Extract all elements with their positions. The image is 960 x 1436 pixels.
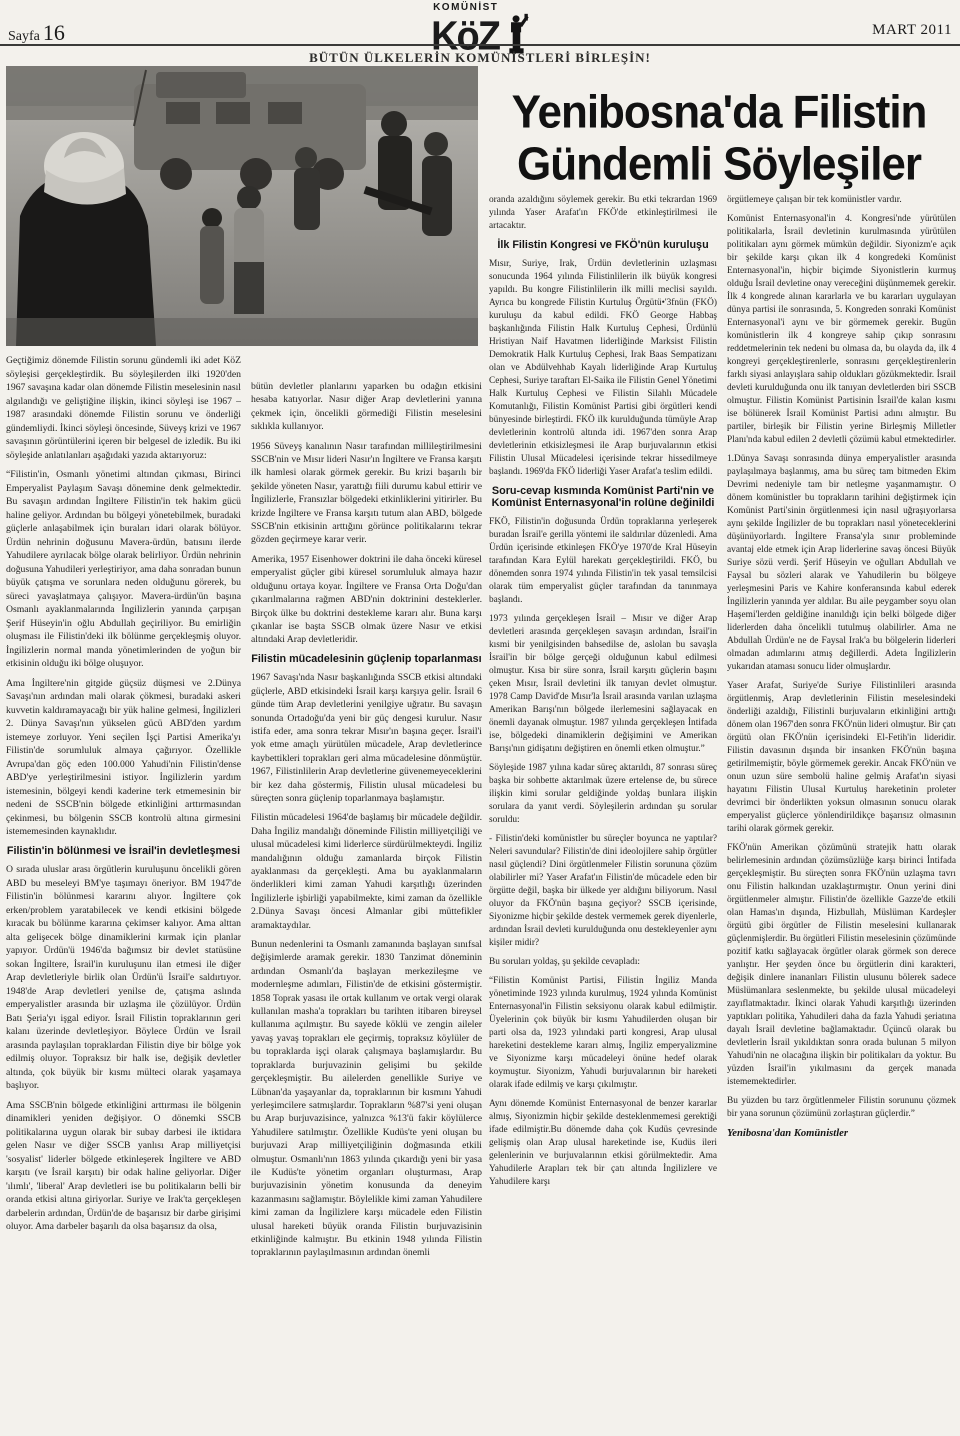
headline-line-1: Yenibosna'da Filistin xyxy=(512,86,927,138)
slogan-banner: BÜTÜN ÜLKELERİN KOMÜNİSTLERİ BİRLEŞİN! xyxy=(0,50,960,66)
article-paragraph: Söyleşide 1987 yılına kadar süreç aktarı… xyxy=(489,762,717,827)
section-subhead: Filistin'in bölünmesi ve İsrail'in devle… xyxy=(6,845,241,858)
section-subhead: İlk Filistin Kongresi ve FKÖ'nün kuruluş… xyxy=(489,239,717,252)
article-paragraph: FKÖ, Filistin'in doğusunda Ürdün toprakl… xyxy=(489,516,717,607)
article-headline: Yenibosna'da Filistin Gündemli Söyleşile… xyxy=(482,86,956,190)
article-paragraph: Filistin mücadelesi 1964'de başlamış bir… xyxy=(251,811,482,932)
headline-line-2: Gündemli Söyleşiler xyxy=(517,138,921,190)
article-paragraph: Aynı dönemde Komünist Enternasyonal de b… xyxy=(489,1098,717,1189)
article-paragraph: “Filistin Komünist Partisi, Filistin İng… xyxy=(489,975,717,1092)
news-photo xyxy=(6,66,478,346)
article-paragraph: 1956 Süveyş kanalının Nasır tarafından m… xyxy=(251,440,482,547)
armored-vehicle xyxy=(134,70,366,190)
article-signature: Yenibosna'dan Komünistler xyxy=(727,1127,956,1140)
article-paragraph: Ama İngiltere'nin gitgide güçsüz düşmesi… xyxy=(6,677,241,839)
article-paragraph: FKÖ'nün Amerikan çözümünü stratejik hatt… xyxy=(727,842,956,1089)
article-paragraph: Bu yüzden bu tarz örgütlenmeler Filistin… xyxy=(727,1095,956,1121)
article-column-4: örgütlemeye çalışan bir tek komünistler … xyxy=(727,194,956,1434)
article-column-2: bütün devletler planlarını yaparken bu o… xyxy=(251,380,482,1432)
article-column-3: oranda azaldığını söylemek gerekir. Bu e… xyxy=(489,194,717,1434)
article-paragraph: 1967 Savaşı'nda Nasır başkanlığında SSCB… xyxy=(251,671,482,805)
article-column-1: Geçtiğimiz dönemde Filistin sorunu günde… xyxy=(6,354,241,1432)
newspaper-page: Sayfa16 KOMÜNİST KöZ MART 2011 BÜTÜN ÜLK… xyxy=(0,0,960,1436)
article-paragraph: 1973 yılında gerçekleşen İsrail – Mısır … xyxy=(489,613,717,756)
page-label: Sayfa xyxy=(8,29,40,44)
article-paragraph: Amerika, 1957 Eisenhower doktrini ile da… xyxy=(251,553,482,647)
article-paragraph: Yaser Arafat, Suriye'de Suriye Filistinl… xyxy=(727,680,956,836)
masthead-overline: KOMÜNİST xyxy=(433,2,529,13)
issue-date: MART 2011 xyxy=(872,22,952,39)
article-paragraph: bütün devletler planlarını yaparken bu o… xyxy=(251,380,482,434)
section-subhead: Soru-cevap kısmında Komünist Parti'nin v… xyxy=(489,485,717,510)
article-paragraph: Geçtiğimiz dönemde Filistin sorunu günde… xyxy=(6,354,241,462)
article-paragraph: Komünist Enternasyonal'in 4. Kongresi'nd… xyxy=(727,213,956,447)
article-paragraph: Bunun nedenlerini ta Osmanlı zamanında b… xyxy=(251,938,482,1260)
article-paragraph: - Filistin'deki komünistler bu süreçler … xyxy=(489,833,717,950)
article-paragraph: O sırada uluslar arası örgütlerin kurulu… xyxy=(6,863,241,1093)
article-paragraph: 1.Dünya Savaşı sonrasında dünya emperyal… xyxy=(727,453,956,674)
article-paragraph: oranda azaldığını söylemek gerekir. Bu e… xyxy=(489,194,717,233)
statue-icon xyxy=(503,13,529,55)
section-subhead: Filistin mücadelesinin güçlenip toparlan… xyxy=(251,653,482,666)
article-paragraph: Ama SSCB'nin bölgede etkinliğini arttırm… xyxy=(6,1099,241,1234)
page-number-value: 16 xyxy=(43,20,65,45)
masthead: KOMÜNİST KöZ xyxy=(431,2,529,55)
page-number: Sayfa16 xyxy=(8,20,65,46)
article-paragraph: örgütlemeye çalışan bir tek komünistler … xyxy=(727,194,956,207)
article-paragraph: “Filistin'in, Osmanlı yönetimi altından … xyxy=(6,468,241,671)
header-rule xyxy=(0,44,960,46)
article-paragraph: Mısır, Suriye, Irak, Ürdün devletlerinin… xyxy=(489,258,717,479)
article-paragraph: Bu soruları yoldaş, şu şekilde cevapladı… xyxy=(489,956,717,969)
